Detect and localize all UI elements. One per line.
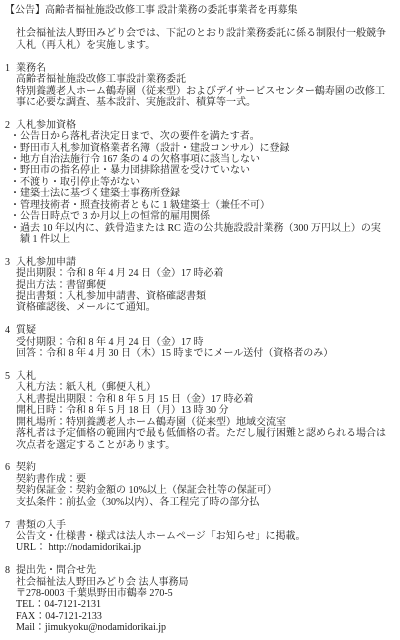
section-6-contract: 6契約 契約書作成：要契約保証金：契約金額の 10%以上（保証会社等の保証可）支… — [5, 462, 387, 508]
section-number: 8 — [5, 565, 16, 576]
text-line: ・不渡り・取引停止等がない — [10, 177, 387, 188]
text-line: ・建築士法に基づく建築士事務所登録 — [10, 188, 387, 199]
text-line: 入札方法：紙入札（郵便入札） — [16, 382, 387, 393]
section-body: 契約書作成：要契約保証金：契約金額の 10%以上（保証会社等の保証可）支払条件：… — [16, 474, 387, 508]
text-line: ・公告日から落札者決定日まで、次の要件を満たす者。 — [10, 131, 387, 142]
text-line: 社会福祉法人野田みどり会 法人事務局 — [16, 577, 387, 588]
section-7-documents: 7書類の入手 公告文・仕様書・様式は法人ホームページ「お知らせ」に掲載。URL：… — [5, 520, 387, 554]
section-heading: 3入札参加申請 — [5, 257, 387, 268]
text-line: TEL：04-7121-2131 — [16, 599, 387, 610]
section-number: 4 — [5, 325, 16, 336]
text-line: 提出書類：入札参加申請書、資格確認書類 — [16, 291, 387, 302]
text-line: 契約書作成：要 — [16, 474, 387, 485]
text-line: 契約保証金：契約金額の 10%以上（保証会社等の保証可） — [16, 485, 387, 496]
section-3-application: 3入札参加申請 提出期限：令和 8 年 4 月 24 日（金）17 時必着提出方… — [5, 257, 387, 314]
text-line: ・管理技術者・照査技術者ともに 1 級建築士（兼任不可） — [10, 200, 387, 211]
text-line: ・過去 10 年以内に、鉄骨造または RC 造の公共施設設計業務（300 万円以… — [10, 223, 387, 246]
section-body: 提出期限：令和 8 年 4 月 24 日（金）17 時必着提出方法：書留郵便提出… — [16, 268, 387, 314]
section-body: 公告文・仕様書・様式は法人ホームページ「お知らせ」に掲載。URL： http:/… — [16, 531, 387, 554]
section-number: 3 — [5, 257, 16, 268]
text-line: 開札日時：令和 8 年 5 月 18 日（月）13 時 30 分 — [16, 405, 387, 416]
section-title: 契約 — [16, 462, 36, 473]
text-line: ・野田市の指名停止・暴力団排除措置を受けていない — [10, 165, 387, 176]
text-line: Mail：jimukyoku@nodamidorikai.jp — [16, 622, 387, 633]
section-heading: 4質疑 — [5, 325, 387, 336]
section-number: 2 — [5, 120, 16, 131]
section-heading: 7書類の入手 — [5, 520, 387, 531]
section-number: 6 — [5, 462, 16, 473]
section-body: 入札方法：紙入札（郵便入札）入札書提出期限：令和 8 年 5 月 15 日（金）… — [16, 382, 387, 450]
text-line: ・公告日時点で 3 か月以上の恒常的雇用関係 — [10, 211, 387, 222]
text-line: 資格確認後、メールにて通知。 — [16, 302, 387, 313]
section-title: 質疑 — [16, 325, 36, 336]
section-4-inquiries: 4質疑 受付期限：令和 8 年 4 月 24 日（金）17 時回答：令和 8 年… — [5, 325, 387, 359]
text-line: 受付期限：令和 8 年 4 月 24 日（金）17 時 — [16, 337, 387, 348]
section-title: 入札参加資格 — [16, 120, 76, 131]
text-line: 落札者は予定価格の範囲内で最も低価格の者。ただし履行困難と認められる場合は次点者… — [16, 428, 387, 451]
section-heading: 8提出先・問合せ先 — [5, 565, 387, 576]
section-number: 1 — [5, 63, 16, 74]
text-line: 特別養護老人ホーム鶴寿園（従来型）およびデイサービスセンター鶴寿園の改修工事に必… — [16, 86, 387, 109]
section-title: 書類の入手 — [16, 520, 66, 531]
text-line: 入札書提出期限：令和 8 年 5 月 15 日（金）17 時必着 — [16, 394, 387, 405]
section-2-qualifications: 2入札参加資格 ・公告日から落札者決定日まで、次の要件を満たす者。・野田市入札参… — [5, 120, 387, 245]
text-line: 公告文・仕様書・様式は法人ホームページ「お知らせ」に掲載。 — [16, 531, 387, 542]
section-heading: 6契約 — [5, 462, 387, 473]
intro-paragraph: 社会福祉法人野田みどり会では、下記のとおり設計業務委託に係る制限付一般競争入札（… — [16, 28, 387, 51]
section-8-contact: 8提出先・問合せ先 社会福祉法人野田みどり会 法人事務局〒278-0003 千葉… — [5, 565, 387, 633]
text-line: FAX：04-7121-2133 — [16, 611, 387, 622]
section-body: ・公告日から落札者決定日まで、次の要件を満たす者。・野田市入札参加資格業者名簿（… — [16, 131, 387, 245]
text-line: ・野田市入札参加資格業者名簿（設計・建設コンサル）に登録 — [10, 143, 387, 154]
section-heading: 5入札 — [5, 371, 387, 382]
text-line: 提出期限：令和 8 年 4 月 24 日（金）17 時必着 — [16, 268, 387, 279]
section-5-bidding: 5入札 入札方法：紙入札（郵便入札）入札書提出期限：令和 8 年 5 月 15 … — [5, 371, 387, 451]
section-number: 7 — [5, 520, 16, 531]
section-body: 社会福祉法人野田みどり会 法人事務局〒278-0003 千葉県野田市鶴奉 270… — [16, 577, 387, 634]
section-title: 入札 — [16, 371, 36, 382]
text-line: 支払条件：前払金（30%以内）、各工程完了時の部分払 — [16, 497, 387, 508]
section-title: 業務名 — [16, 63, 46, 74]
text-line: 回答：令和 8 年 4 月 30 日（木）15 時までにメール送付（資格者のみ） — [16, 348, 387, 359]
section-title: 提出先・問合せ先 — [16, 565, 96, 576]
text-line: ・地方自治法施行令 167 条の 4 の欠格事項に該当しない — [10, 154, 387, 165]
section-title: 入札参加申請 — [16, 257, 76, 268]
section-1-business-name: 1業務名 高齢者福祉施設改修工事設計業務委託特別養護老人ホーム鶴寿園（従来型）お… — [5, 63, 387, 109]
public-notice-document: 【公告】高齢者福祉施設改修工事 設計業務の委託事業者を再募集 社会福祉法人野田み… — [0, 0, 400, 634]
section-body: 受付期限：令和 8 年 4 月 24 日（金）17 時回答：令和 8 年 4 月… — [16, 337, 387, 360]
page-title: 【公告】高齢者福祉施設改修工事 設計業務の委託事業者を再募集 — [5, 5, 387, 16]
text-line: 開札場所：特別養護老人ホーム鶴寿園（従来型）地域交流室 — [16, 417, 387, 428]
section-body: 高齢者福祉施設改修工事設計業務委託特別養護老人ホーム鶴寿園（従来型）およびデイサ… — [16, 74, 387, 108]
section-heading: 1業務名 — [5, 63, 387, 74]
section-number: 5 — [5, 371, 16, 382]
text-line: 〒278-0003 千葉県野田市鶴奉 270-5 — [16, 588, 387, 599]
text-line: 提出方法：書留郵便 — [16, 280, 387, 291]
section-heading: 2入札参加資格 — [5, 120, 387, 131]
text-line: 高齢者福祉施設改修工事設計業務委託 — [16, 74, 387, 85]
text-line: URL： http://nodamidorikai.jp — [16, 542, 387, 553]
